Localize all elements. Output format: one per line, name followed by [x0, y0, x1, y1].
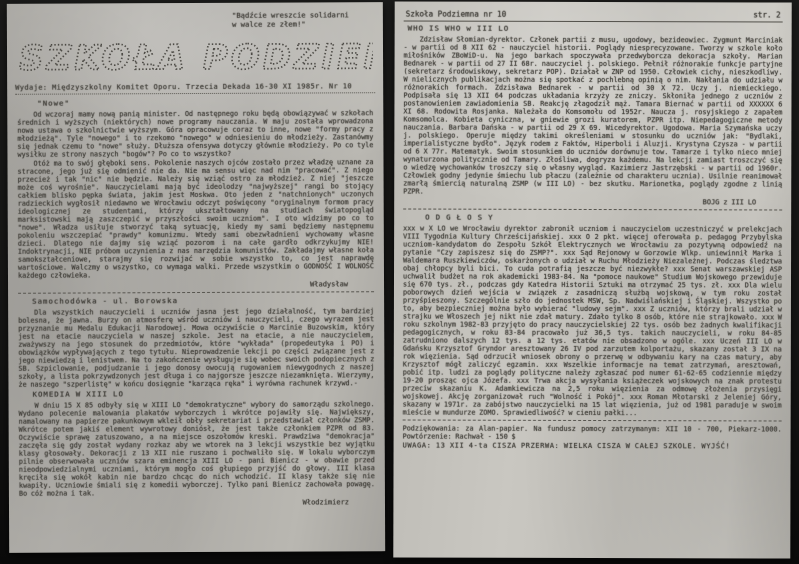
article-samochodowka-paragraph: Dla wszystkich nauczycieli i uczniów jas… — [18, 307, 374, 389]
page-1: "Bądźcie wreszcie solidarni w walce ze z… — [7, 2, 385, 553]
article-nowe-signature: Władysław — [18, 280, 374, 290]
article-komedia-title: KOMEDIA W XIII LO — [32, 389, 374, 399]
footer-thanks-line: Podziękowania: za Alan-papier. Na fundus… — [403, 425, 782, 442]
page2-header-title: Szkoła Podziemna nr 10 — [406, 10, 507, 19]
who-is-who-paragraph: Zdzisław Słomian-dyrektor. Członek parti… — [403, 35, 782, 196]
article-komedia-paragraph: W dniu 15 X 85 odbyły się w XIII LO "dem… — [19, 400, 375, 498]
page1-motto: "Bądźcie wreszcie solidarni w walce ze z… — [232, 10, 349, 29]
article-nowe-paragraph-1: Od wczoraj mamy nową panią minister. Od … — [17, 109, 373, 159]
masthead-title: SZKOŁA PODZIEMNA — [19, 37, 373, 79]
footer-alert-line: UWAGA: 13 XII 4-ta CISZA PRZERWA: WIELKA… — [403, 442, 782, 451]
imprint-line: Wydaje: Międzyszkolny Komitet Oporu. Trz… — [15, 82, 375, 95]
article-samochodowka-title: Samochodówka - ul. Borowska — [32, 297, 374, 307]
page2-header: Szkoła Podziemna nr 10 str. 2 — [404, 8, 783, 20]
who-is-who-signature: BOJG z III LO — [403, 198, 782, 207]
footer-divider — [403, 420, 782, 422]
article-nowe-paragraph-2: Otóż ma to swój głęboki sens. Pokolenie … — [17, 158, 374, 280]
who-is-who-title: WHO IS WHO w III LO — [408, 25, 783, 35]
page2-header-rule — [404, 21, 783, 23]
scanned-newspaper-spread: "Bądźcie wreszcie solidarni w walce ze z… — [0, 0, 799, 564]
section-divider — [18, 292, 374, 295]
page-2: Szkoła Podziemna nr 10 str. 2 WHO IS WHO… — [393, 1, 791, 558]
odglosy-paragraph: xxx w X LO we Wrocławiu dyrektor zabroni… — [403, 225, 783, 418]
page2-header-pagenum: str. 2 — [753, 10, 780, 19]
page2-section-divider — [403, 209, 782, 211]
masthead-stencil-art: SZKOŁA PODZIEMNA — [17, 28, 373, 82]
article-komedia-signature: Włodzimierz — [19, 498, 375, 508]
masthead: SZKOŁA PODZIEMNA — [17, 28, 373, 82]
odglosy-title: O D G Ł O S Y — [425, 214, 782, 224]
article-nowe-title: "Nowe" — [37, 98, 373, 108]
